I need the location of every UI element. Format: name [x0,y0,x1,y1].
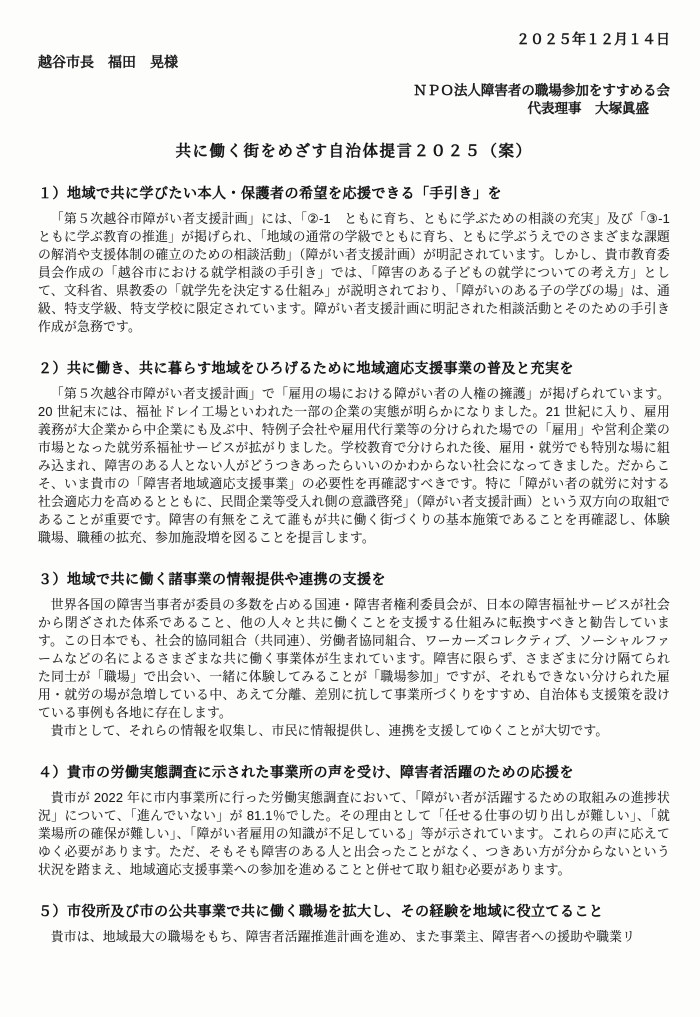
section-2-heading: ２）共に働き、共に暮らす地域をひろげるために地域適応支援事業の普及と充実を [38,358,670,378]
section-1: １）地域で共に学びたい本人・保護者の希望を応援できる「手引き」を 「第５次越谷市… [38,183,670,336]
section-2: ２）共に働き、共に暮らす地域をひろげるために地域適応支援事業の普及と充実を 「第… [38,358,670,547]
section-5-paragraph: 貴市は、地域最大の職場をもち、障害者活躍推進計画を進め、また事業主、障害者への援… [38,928,670,946]
section-4-paragraph: 貴市が 2022 年に市内事業所に行った労働実態調査において、「障がい者が活躍す… [38,789,670,879]
sender-block: ＮＰＯ法人障害者の職場参加をすすめる会 代表理事 大塚眞盛 [38,82,670,117]
section-5-heading: ５）市役所及び市の公共事業で共に働く職場を拡大し、その経験を地域に役立てること [38,901,670,921]
sender-organization: ＮＰＯ法人障害者の職場参加をすすめる会 [38,82,670,99]
section-3-paragraph-2: 貴市として、それらの情報を収集し、市民に情報提供し、連携を支援してゆくことが大切… [38,722,670,740]
section-1-heading: １）地域で共に学びたい本人・保護者の希望を応援できる「手引き」を [38,183,670,203]
section-3-heading: ３）地域で共に働く諸事業の情報提供や連携の支援を [38,569,670,589]
document-page: ２０２５年１２月１４日 越谷市長 福田 晃様 ＮＰＯ法人障害者の職場参加をすすめ… [0,0,700,1017]
section-3-paragraph-1: 世界各国の障害当事者が委員の多数を占める国連・障害者権利委員会が、日本の障害福祉… [38,596,670,722]
document-date: ２０２５年１２月１４日 [38,30,670,48]
section-4: ４）貴市の労働実態調査に示された事業所の声を受け、障害者活躍のための応援を 貴市… [38,762,670,879]
recipient-line: 越谷市長 福田 晃様 [38,53,670,71]
section-3: ３）地域で共に働く諸事業の情報提供や連携の支援を 世界各国の障害当事者が委員の多… [38,569,670,740]
section-5: ５）市役所及び市の公共事業で共に働く職場を拡大し、その経験を地域に役立てること … [38,901,670,946]
section-2-paragraph: 「第５次越谷市障がい者支援計画」で「雇用の場における障がい者の人権の擁護」が掲げ… [38,385,670,547]
section-4-heading: ４）貴市の労働実態調査に示された事業所の声を受け、障害者活躍のための応援を [38,762,670,782]
section-1-paragraph: 「第５次越谷市障がい者支援計画」には、「②-1 ともに育ち、ともに学ぶための相談… [38,210,670,336]
sender-representative: 代表理事 大塚眞盛 [38,100,670,117]
document-title: 共に働く街をめざす自治体提言２０２５（案） [38,139,670,161]
